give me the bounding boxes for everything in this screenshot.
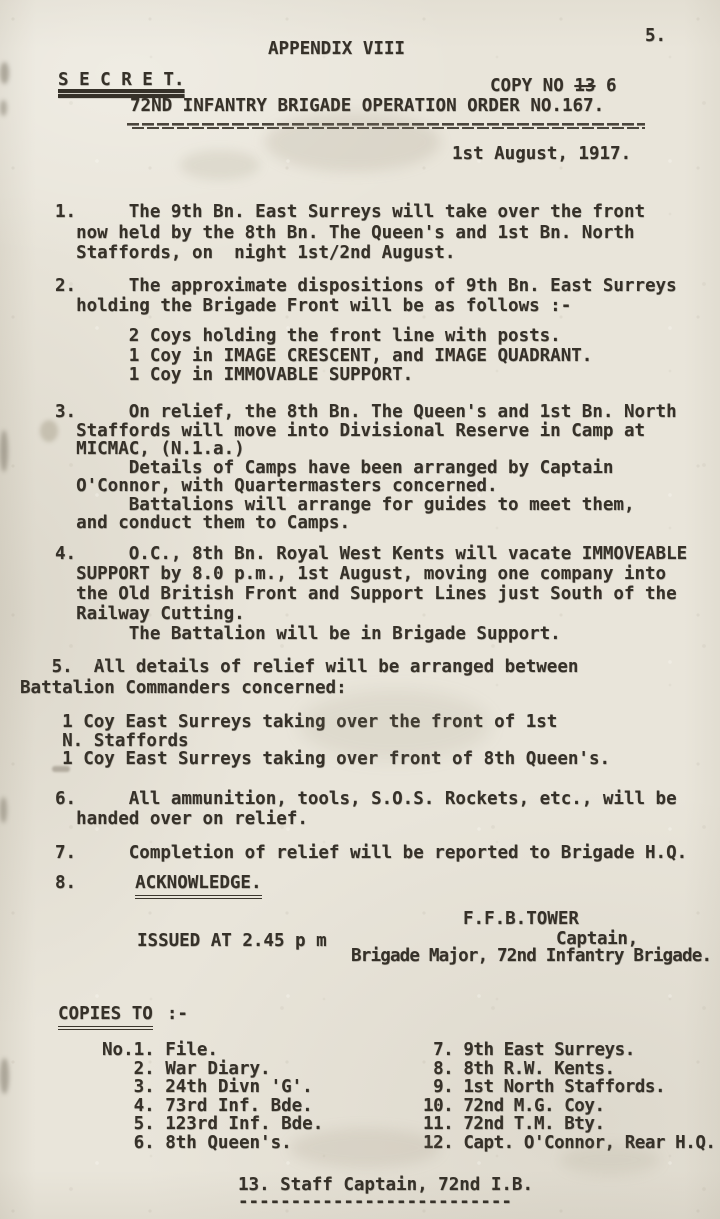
order-date: 1st August, 1917. xyxy=(452,144,631,165)
edge-mark xyxy=(0,1058,9,1094)
bleedthrough-smudge xyxy=(180,150,260,180)
section-1: 1. The 9th Bn. East Surreys will take ov… xyxy=(55,202,645,264)
edge-mark xyxy=(0,62,9,84)
copy-number-label: COPY NO xyxy=(490,76,564,96)
order-title: 72ND INFANTRY BRIGADE OPERATION ORDER NO… xyxy=(130,96,604,117)
copies-list-left: No.1. File. 2. War Diary. 3. 24th Divn '… xyxy=(102,1041,323,1153)
document-page: 5. APPENDIX VIII S E C R E T. COPY NO 13… xyxy=(0,0,720,1219)
copies-heading-label: COPIES TO xyxy=(58,1004,153,1030)
section-2: 2. The approximate dispositions of 9th B… xyxy=(55,276,677,316)
bleedthrough-smudge xyxy=(265,112,440,172)
section-8-acknowledge: 8.ACKNOWLEDGE. xyxy=(55,873,262,894)
section-6: 6. All ammunition, tools, S.O.S. Rockets… xyxy=(55,789,677,829)
section-2-items: 2 Coys holding the front line with posts… xyxy=(55,327,592,386)
edge-mark xyxy=(0,430,8,472)
issued-time: ISSUED AT 2.45 p m xyxy=(137,931,327,952)
section-3: 3. On relief, the 8th Bn. The Queen's an… xyxy=(55,403,677,533)
copies-footer-rule: -------------------------- xyxy=(238,1192,512,1213)
section-5-items: 1 Coy East Surreys taking over the front… xyxy=(20,713,610,769)
page-number: 5. xyxy=(645,26,666,47)
acknowledge-number: 8. xyxy=(55,873,76,893)
appendix-heading: APPENDIX VIII xyxy=(268,39,405,60)
acknowledge-label: ACKNOWLEDGE. xyxy=(135,873,261,899)
copy-number-value: 6 xyxy=(606,76,617,96)
copies-list-right: 7. 9th East Surreys. 8. 8th R.W. Kents. … xyxy=(423,1041,716,1153)
classification-secret: S E C R E T. xyxy=(58,70,184,91)
copies-heading: COPIES TO:- xyxy=(58,1004,188,1025)
copy-number: COPY NO 13 6 xyxy=(490,76,616,97)
signature-name: F.F.B.TOWER xyxy=(463,909,579,930)
edge-mark xyxy=(0,100,7,116)
section-5: 5. All details of relief will be arrange… xyxy=(20,657,578,699)
copy-number-struck: 13 xyxy=(574,76,595,96)
section-7: 7. Completion of relief will be reported… xyxy=(55,843,687,864)
section-4: 4. O.C., 8th Bn. Royal West Kents will v… xyxy=(55,544,687,644)
copies-heading-suffix: :- xyxy=(167,1004,188,1024)
title-rule xyxy=(127,123,645,130)
edge-mark xyxy=(0,797,7,823)
signature-role: Brigade Major, 72nd Infantry Brigade. xyxy=(351,946,711,967)
